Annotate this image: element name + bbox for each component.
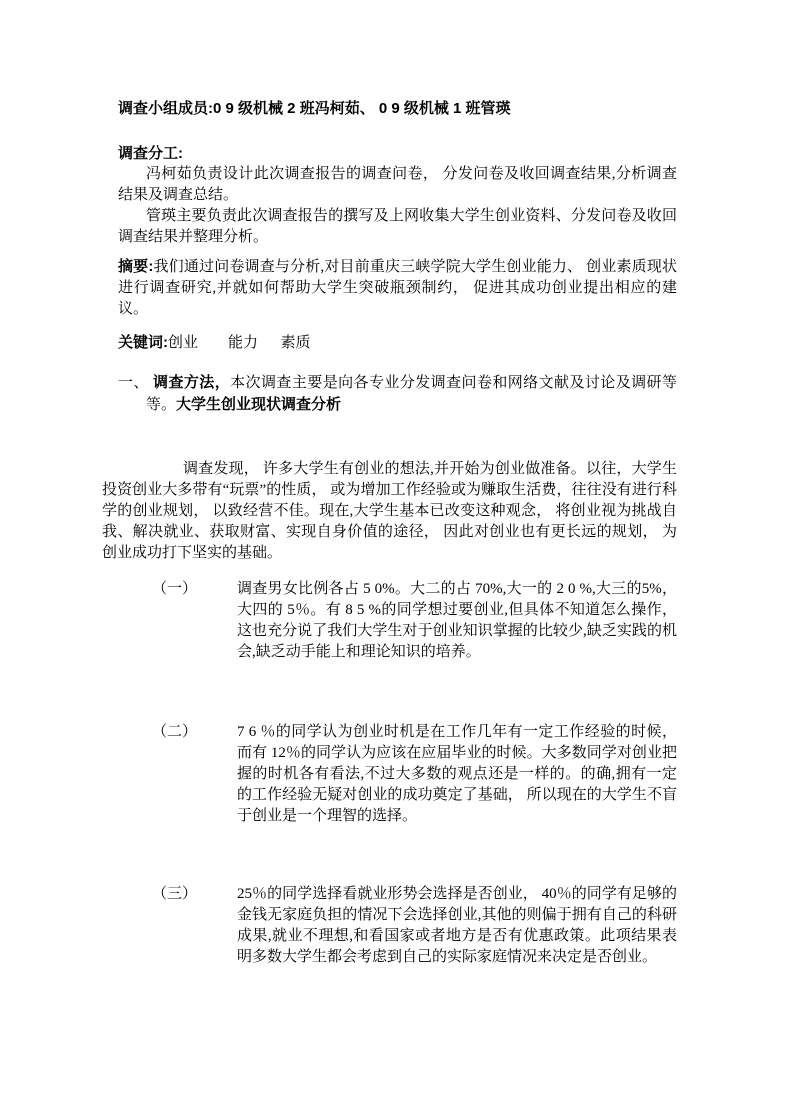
list-item-2: （二） 7 6 ％的同学认为创业时机是在工作几年有一定工作经验的时候， 而有 1… [118, 722, 677, 827]
abstract-label: 摘要: [118, 258, 153, 275]
list-item-1-text: 调查男女比例各占 5 0%。大二的占 70%,大一的 2 0 %,大三的5%，大… [237, 579, 677, 663]
keywords-label: 关键词: [118, 334, 168, 351]
division-paragraph-2: 管瑛主要负责此次调查报告的撰写及上网收集大学生创业资料、分发问卷及收回调查结果并… [118, 206, 677, 248]
method-number: 一、 [118, 375, 153, 391]
list-item-1: （一） 调查男女比例各占 5 0%。大二的占 70%,大一的 2 0 %,大三的… [118, 579, 677, 663]
abstract-text: 我们通过问卷调查与分析,对目前重庆三峡学院大学生创业能力、 创业素质现状进行调查… [118, 259, 677, 317]
method-bold-lead: 调查方法， [153, 374, 230, 391]
list-item-2-text: 7 6 ％的同学认为创业时机是在工作几年有一定工作经验的时候， 而有 12％的同… [237, 722, 677, 827]
list-item-2-marker: （二） [152, 722, 237, 743]
list-item-1-marker: （一） [152, 579, 237, 600]
keywords-line: 关键词:创业 能力 素质 [118, 332, 677, 354]
abstract-paragraph: 摘要:我们通过问卷调查与分析,对目前重庆三峡学院大学生创业能力、 创业素质现状进… [118, 256, 677, 320]
method-bold-tail: 大学生创业现状调查分析 [176, 396, 341, 413]
list-item-3-text: 25％的同学选择看就业形势会选择是否创业， 40％的同学有足够的金钱无家庭负担的… [237, 884, 677, 989]
list-item-3: （三） 25％的同学选择看就业形势会选择是否创业， 40％的同学有足够的金钱无家… [118, 884, 677, 989]
division-heading: 调查分工: [118, 143, 677, 164]
keywords-text: 创业 能力 素质 [168, 335, 311, 351]
team-members-line: 调查小组成员:0 9 级机械 2 班冯柯茹、 0 9 级机械 1 班管瑛 [118, 98, 677, 119]
document-page: 调查小组成员:0 9 级机械 2 班冯柯茹、 0 9 级机械 1 班管瑛 调查分… [0, 0, 792, 989]
analysis-intro-paragraph: 调查发现， 许多大学生有创业的想法,并开始为创业做准备。以往，大学生投资创业大多… [102, 459, 677, 564]
method-heading: 一、 调查方法，本次调查主要是向各专业分发调查问卷和网络文献及讨论及调研等等。大… [118, 372, 677, 416]
list-item-3-marker: （三） [152, 884, 237, 905]
division-paragraph-1: 冯柯茹负责设计此次调查报告的调查问卷， 分发问卷及收回调查结果,分析调查结果及调… [118, 164, 677, 206]
